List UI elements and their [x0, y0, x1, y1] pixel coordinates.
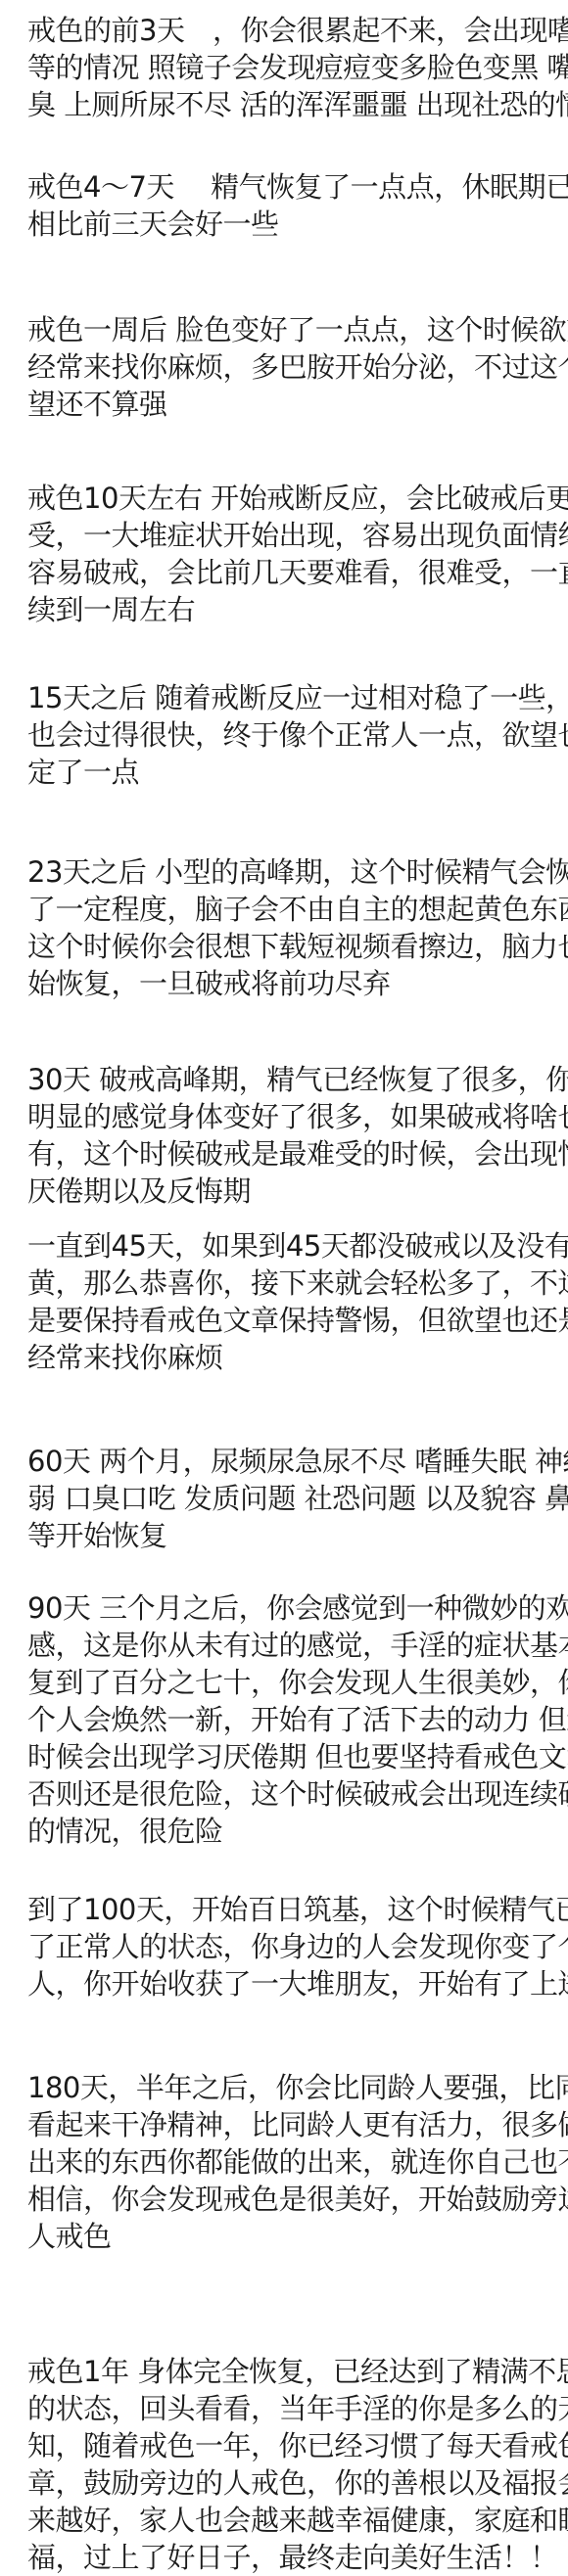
text-line: 15天之后 随着戒断反应一过相对稳了一些，时间 [27, 679, 546, 716]
text-line: 感，这是你从未有过的感觉，手淫的症状基本恢 [27, 1627, 546, 1664]
paragraph-day-30: 30天 破戒高峰期，精气已经恢复了很多，你也会 明显的感觉身体变好了很多，如果破… [27, 1061, 546, 1210]
text-line: 相信，你会发现戒色是很美好，开始鼓励旁边的 [27, 2181, 546, 2218]
text-line: 人戒色 [27, 2218, 546, 2255]
text-line: 望还不算强 [27, 386, 546, 423]
paragraph-week-1: 戒色一周后 脸色变好了一点点，这个时候欲望会 经常来找你麻烦，多巴胺开始分泌，不… [27, 311, 546, 423]
text-line: 否则还是很危险，这个时候破戒会出现连续破戒 [27, 1775, 546, 1813]
text-line: 30天 破戒高峰期，精气已经恢复了很多，你也会 [27, 1061, 546, 1098]
paragraph-day-23: 23天之后 小型的高峰期，这个时候精气会恢复到 了一定程度，脑子会不由自主的想起… [27, 853, 546, 1002]
text-line: 黄，那么恭喜你，接下来就会轻松多了，不过还 [27, 1265, 546, 1302]
text-line: 定了一点 [27, 754, 546, 791]
text-line: 到了100天，开始百日筑基，这个时候精气已经到 [27, 1891, 546, 1928]
text-line: 戒色一周后 脸色变好了一点点，这个时候欲望会 [27, 311, 546, 348]
text-line: 明显的感觉身体变好了很多，如果破戒将啥也没 [27, 1098, 546, 1135]
text-line: 经常来找你麻烦 [27, 1339, 546, 1376]
paragraph-day-10: 戒色10天左右 开始戒断反应，会比破戒后更难 受，一大堆症状开始出现，容易出现负… [27, 480, 546, 628]
paragraph-day-15: 15天之后 随着戒断反应一过相对稳了一些，时间 也会过得很快，终于像个正常人一点… [27, 679, 546, 791]
text-line: 复到了百分之七十，你会发现人生很美妙，你整 [27, 1664, 546, 1701]
text-line: 相比前三天会好一些 [27, 206, 546, 243]
text-line: 受，一大堆症状开始出现，容易出现负面情绪， [27, 517, 546, 554]
text-line: 有，这个时候破戒是最难受的时候，会出现情绪 [27, 1135, 546, 1173]
text-line: 等的情况 照镜子会发现痘痘变多脸色变黑 嘴巴变 [27, 49, 546, 86]
article-page: 戒色的前3天 ，你会很累起不来，会出现嗜睡等 等的情况 照镜子会发现痘痘变多脸色… [0, 0, 568, 2576]
text-line: 了一定程度，脑子会不由自主的想起黄色东西， [27, 891, 546, 928]
paragraph-day-90: 90天 三个月之后，你会感觉到一种微妙的欢喜 感，这是你从未有过的感觉，手淫的症… [27, 1589, 546, 1850]
text-line: 厌倦期以及反悔期 [27, 1173, 546, 1210]
text-line: 戒色的前3天 ，你会很累起不来，会出现嗜睡等 [27, 12, 546, 49]
text-line: 看起来干净精神，比同龄人更有活力，很多做不 [27, 2106, 546, 2143]
paragraph-year-1: 戒色1年 身体完全恢复，已经达到了精满不思淫 的状态，回头看看，当年手淫的你是多… [27, 2353, 546, 2576]
text-line: 始恢复，一旦破戒将前功尽弃 [27, 965, 546, 1002]
text-line: 是要保持看戒色文章保持警惕，但欲望也还是会 [27, 1302, 546, 1339]
text-line: 戒色4～7天 精气恢复了一点点，休眠期已过， [27, 168, 546, 206]
paragraph-day-100: 到了100天，开始百日筑基，这个时候精气已经到 了正常人的状态，你身边的人会发现… [27, 1891, 546, 2002]
text-line: 个人会焕然一新，开始有了活下去的动力 但这个 [27, 1701, 546, 1738]
text-line: 时候会出现学习厌倦期 但也要坚持看戒色文章， [27, 1738, 546, 1775]
text-line: 23天之后 小型的高峰期，这个时候精气会恢复到 [27, 853, 546, 891]
text-line: 的状态，回头看看，当年手淫的你是多么的无 [27, 2390, 546, 2427]
text-line: 一直到45天，如果到45天都没破戒以及没有看 [27, 1227, 546, 1265]
text-line: 经常来找你麻烦，多巴胺开始分泌，不过这个欲 [27, 348, 546, 386]
text-line: 90天 三个月之后，你会感觉到一种微妙的欢喜 [27, 1589, 546, 1627]
paragraph-day-60: 60天 两个月，尿频尿急尿不尽 嗜睡失眠 神经衰 弱 口臭口吃 发质问题 社恐问… [27, 1443, 546, 1554]
text-line: 章，鼓励旁边的人戒色，你的善根以及福报会越 [27, 2464, 546, 2502]
paragraph-day-180: 180天，半年之后，你会比同龄人要强，比同龄人 看起来干净精神，比同龄人更有活力… [27, 2069, 546, 2255]
text-line: 戒色10天左右 开始戒断反应，会比破戒后更难 [27, 480, 546, 517]
text-line: 来越好，家人也会越来越幸福健康，家庭和睦幸 [27, 2502, 546, 2539]
paragraph-day-45: 一直到45天，如果到45天都没破戒以及没有看 黄，那么恭喜你，接下来就会轻松多了… [27, 1227, 546, 1376]
paragraph-day-4-7: 戒色4～7天 精气恢复了一点点，休眠期已过， 相比前三天会好一些 [27, 168, 546, 243]
text-line: 知，随着戒色一年，你已经习惯了每天看戒色文 [27, 2427, 546, 2464]
text-line: 了正常人的状态，你身边的人会发现你变了个 [27, 1928, 546, 1965]
text-line: 这个时候你会很想下载短视频看擦边，脑力也开 [27, 928, 546, 965]
text-line: 戒色1年 身体完全恢复，已经达到了精满不思淫 [27, 2353, 546, 2390]
text-line: 弱 口臭口吃 发质问题 社恐问题 以及貌容 鼻炎等 [27, 1480, 546, 1517]
text-line: 的情况，很危险 [27, 1813, 546, 1850]
text-line: 容易破戒，会比前几天要难看，很难受，一直持 [27, 554, 546, 591]
text-line: 人，你开始收获了一大堆朋友，开始有了上进心 [27, 1965, 546, 2002]
text-line: 出来的东西你都能做的出来，就连你自己也不敢 [27, 2143, 546, 2181]
text-line: 180天，半年之后，你会比同龄人要强，比同龄人 [27, 2069, 546, 2106]
paragraph-day-1-3: 戒色的前3天 ，你会很累起不来，会出现嗜睡等 等的情况 照镜子会发现痘痘变多脸色… [27, 12, 546, 123]
text-line: 等开始恢复 [27, 1517, 546, 1554]
text-line: 续到一周左右 [27, 591, 546, 628]
text-line: 福，过上了好日子，最终走向美好生活！！ [27, 2539, 546, 2576]
text-line: 臭 上厕所尿不尽 活的浑浑噩噩 出现社恐的情况 [27, 86, 546, 123]
text-line: 60天 两个月，尿频尿急尿不尽 嗜睡失眠 神经衰 [27, 1443, 546, 1480]
text-line: 也会过得很快，终于像个正常人一点，欲望也稳 [27, 716, 546, 754]
